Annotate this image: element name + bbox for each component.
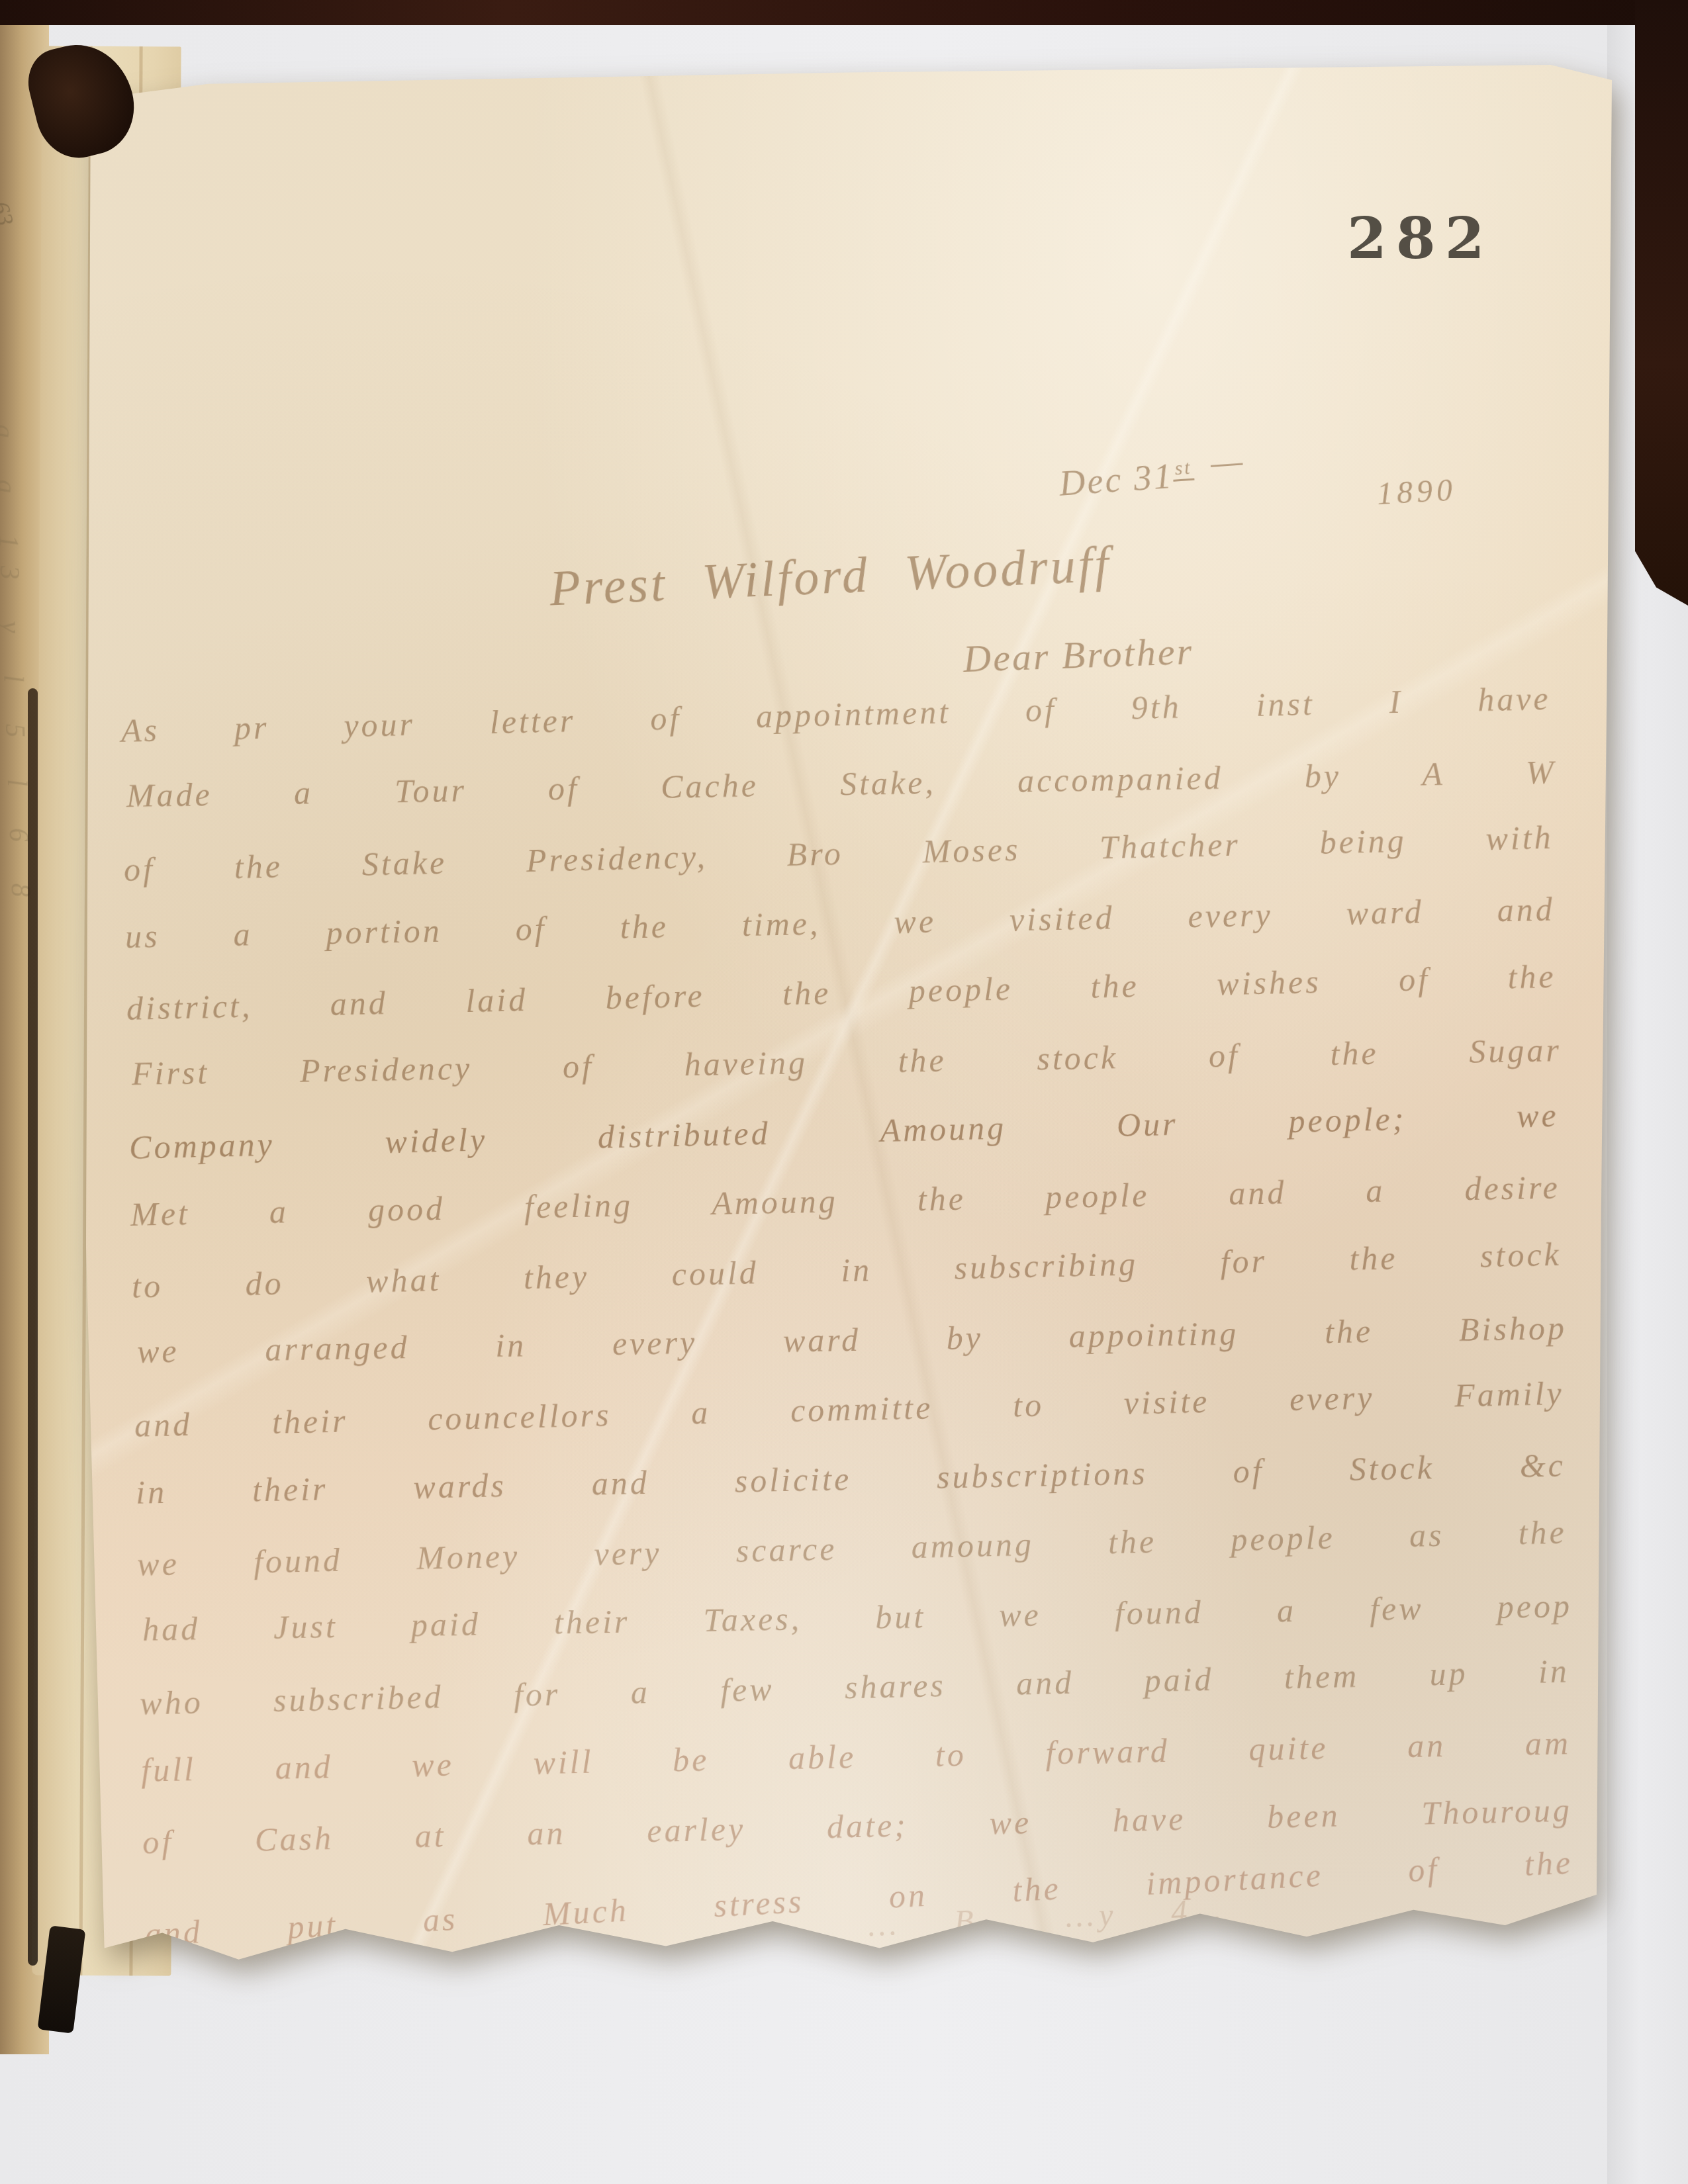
book-spine-top (0, 0, 1688, 25)
book-cover-right-edge (1635, 0, 1688, 606)
date-year: 1890 (1376, 472, 1458, 512)
page-number: 282 (1347, 205, 1494, 272)
date-dash: — (1209, 439, 1246, 482)
letter-body: As pr your letter of appointment of 9th … (120, 666, 1574, 1944)
letter-paper: 282 Dec 31st— 1890 Prest Wilford Woodruf… (86, 65, 1612, 1971)
date-ordinal: st (1172, 457, 1195, 482)
date-text: Dec 31 (1058, 456, 1174, 504)
letter-page: 282 Dec 31st— 1890 Prest Wilford Woodruf… (86, 65, 1612, 1971)
gutter-shadow-line (28, 688, 38, 1966)
